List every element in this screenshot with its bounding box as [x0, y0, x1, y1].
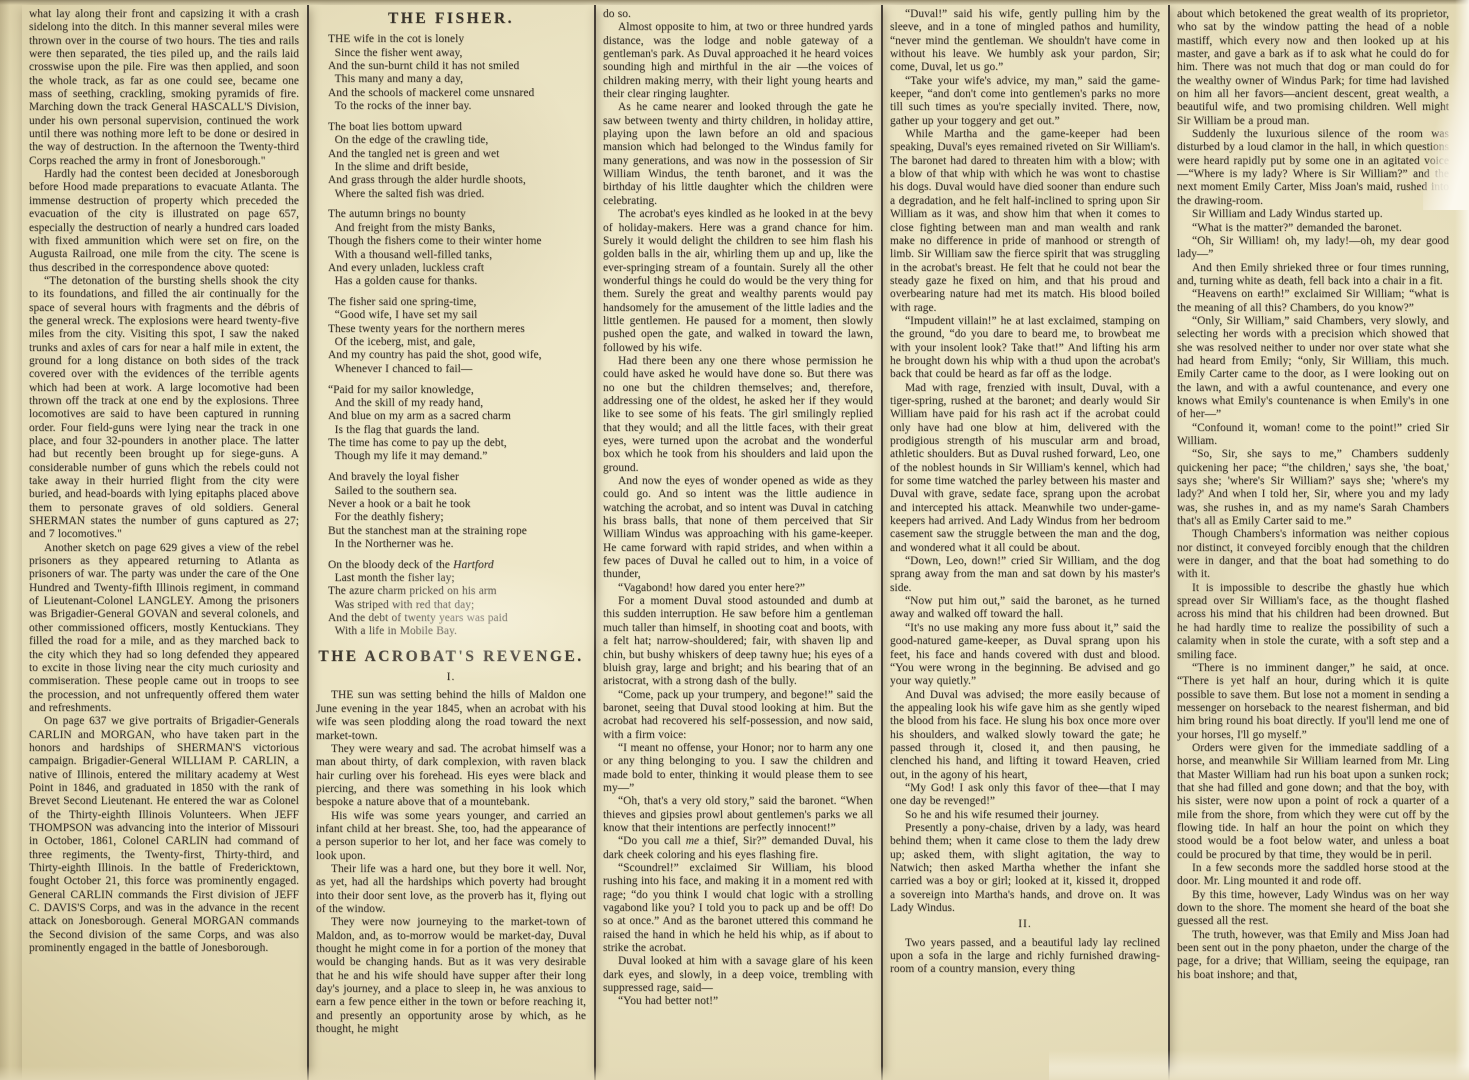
poem-line: Never a hook or a bait he took	[328, 498, 586, 511]
poem-stanza: THE wife in the cot is lonely Since the …	[328, 33, 586, 113]
paragraph: They were now journeying to the market-t…	[316, 916, 586, 1036]
poem-line: Where the salted fish was dried.	[328, 188, 586, 201]
poem-line: Whenever I chanced to fail—	[328, 363, 586, 376]
paragraph: On page 637 we give portraits of Brigadi…	[29, 715, 299, 955]
paragraph: In a few seconds more the saddled horse …	[1177, 862, 1449, 889]
paragraph: “My God! I ask only this favor of thee—t…	[890, 782, 1160, 809]
poem-line: “Good wife, I have set my sail	[328, 309, 586, 322]
poem-line: With a life in Mobile Bay.	[328, 625, 586, 638]
paragraph: do so.	[603, 8, 873, 21]
poem-line: But the stanchest man at the straining r…	[328, 525, 586, 538]
poem-line: On the bloody deck of the Hartford	[328, 559, 586, 572]
paragraph: “You had better not!”	[603, 995, 873, 1008]
paragraph: THE sun was setting behind the hills of …	[316, 689, 586, 742]
article-title: THE ACROBAT'S REVENGE.	[316, 650, 586, 663]
paragraph: “Vagabond! how dared you enter here?”	[603, 582, 873, 595]
paragraph: Orders were given for the immediate sadd…	[1177, 742, 1449, 862]
poem-line: Of the iceberg, mist, and gale,	[328, 336, 586, 349]
page-column-1: what lay along their front and capsizing…	[22, 5, 309, 1080]
paragraph: “Scoundrel!” exclaimed Sir William, his …	[603, 862, 873, 955]
paragraph: “Only, Sir William,” said Chambers, very…	[1177, 315, 1449, 422]
poem-line: To the rocks of the inner bay.	[328, 100, 586, 113]
paragraph: So he and his wife resumed their journey…	[890, 809, 1160, 822]
poem-stanza: “Paid for my sailor knowledge, And the s…	[328, 384, 586, 464]
poem-line: Last month the fisher lay;	[328, 572, 586, 585]
paragraph: “Now put him out,” said the baronet, as …	[890, 595, 1160, 622]
paragraph: “Duval!” said his wife, gently pulling h…	[890, 8, 1160, 75]
poem-line: These twenty years for the northern mere…	[328, 323, 586, 336]
poem-line: The fisher said one spring-time,	[328, 296, 586, 309]
paragraph: Suddenly the luxurious silence of the ro…	[1177, 128, 1449, 208]
paragraph: The truth, however, was that Emily and M…	[1177, 929, 1449, 982]
poem-line: And the skill of my ready hand,	[328, 397, 586, 410]
poem-line: And grass through the alder hurdle shoot…	[328, 174, 586, 187]
poem-stanza: The fisher said one spring-time, “Good w…	[328, 296, 586, 376]
paragraph: Presently a pony-chaise, driven by a lad…	[890, 822, 1160, 915]
poem-line: Is the flag that guards the land.	[328, 424, 586, 437]
poem-line: And the debt of twenty years was paid	[328, 612, 586, 625]
page-column-5: about which betokened the great wealth o…	[1170, 5, 1457, 1080]
poem-stanza: The boat lies bottom upward On the edge …	[328, 121, 586, 201]
paragraph: It is impossible to describe the ghastly…	[1177, 582, 1449, 662]
paragraph: By this time, however, Lady Windus was o…	[1177, 889, 1449, 929]
paragraph: “Confound it, woman! come to the point!”…	[1177, 422, 1449, 449]
paragraph: “I meant no offense, your Honor; nor to …	[603, 742, 873, 795]
section-number: I.	[316, 671, 586, 684]
paragraph: Though Chambers's information was neithe…	[1177, 528, 1449, 581]
paragraph: “What is the matter?” demanded the baron…	[1177, 222, 1449, 235]
article-title: THE FISHER.	[316, 12, 586, 25]
poem-line: With a thousand well-filled tanks,	[328, 249, 586, 262]
paragraph: For a moment Duval stood astounded and d…	[603, 595, 873, 688]
paragraph: Another sketch on page 629 gives a view …	[29, 542, 299, 715]
poem-line: THE wife in the cot is lonely	[328, 33, 586, 46]
paragraph: As he came nearer and looked through the…	[603, 101, 873, 208]
poem-line: Was striped with red that day;	[328, 599, 586, 612]
paragraph: “Do you call me a thief, Sir?” demanded …	[603, 835, 873, 862]
section-number: II.	[890, 918, 1160, 931]
poem-line: In the Northerner was he.	[328, 538, 586, 551]
page-column-2: THE FISHER.THE wife in the cot is lonely…	[309, 5, 596, 1080]
poem-line: And freight from the misty Banks,	[328, 222, 586, 235]
paragraph: His wife was some years younger, and car…	[316, 810, 586, 863]
poem-line: “Paid for my sailor knowledge,	[328, 384, 586, 397]
page-column-4: “Duval!” said his wife, gently pulling h…	[883, 5, 1170, 1080]
poem-line: In the slime and drift beside,	[328, 161, 586, 174]
poem-line: And every unladen, luckless craft	[328, 262, 586, 275]
poem-line: The time has come to pay up the debt,	[328, 437, 586, 450]
poem-line: This many and many a day,	[328, 73, 586, 86]
paragraph: Had there been any one there whose permi…	[603, 355, 873, 475]
paragraph: “Down, Leo, down!” cried Sir William, an…	[890, 555, 1160, 595]
paragraph: Their life was a hard one, but they bore…	[316, 863, 586, 916]
poem-line: And the schools of mackerel come unsnare…	[328, 87, 586, 100]
paragraph: “Heavens on earth!” exclaimed Sir Willia…	[1177, 288, 1449, 315]
poem-line: Though my life it may demand.”	[328, 450, 586, 463]
paragraph: “It's no use making any more fuss about …	[890, 622, 1160, 689]
paragraph: “Impudent villain!” he at last exclaimed…	[890, 315, 1160, 382]
poem-line: Though the fishers come to their winter …	[328, 235, 586, 248]
poem-line: And the sun-burnt child it has not smile…	[328, 60, 586, 73]
paragraph: The acrobat's eyes kindled as he looked …	[603, 208, 873, 355]
paragraph: “Oh, that's a very old story,” said the …	[603, 795, 873, 835]
poem-line: On the edge of the crawling tide,	[328, 134, 586, 147]
paragraph: Duval looked at him with a savage glare …	[603, 955, 873, 995]
poem-line: The boat lies bottom upward	[328, 121, 586, 134]
paragraph: And now the eyes of wonder opened as wid…	[603, 475, 873, 582]
paragraph: While Martha and the game-keeper had bee…	[890, 128, 1160, 315]
poem-line: And blue on my arm as a sacred charm	[328, 410, 586, 423]
paragraph: Two years passed, and a beautiful lady l…	[890, 937, 1160, 977]
paragraph: “Take your wife's advice, my man,” said …	[890, 75, 1160, 128]
poem-stanza: The autumn brings no bounty And freight …	[328, 208, 586, 288]
paragraph: And then Emily shrieked three or four ti…	[1177, 262, 1449, 289]
poem-line: And my country has paid the shot, good w…	[328, 349, 586, 362]
poem-stanza: And bravely the loyal fisher Sailed to t…	[328, 471, 586, 551]
paragraph: “Oh, Sir William! oh, my lady!—oh, my de…	[1177, 235, 1449, 262]
paragraph: Mad with rage, frenzied with insult, Duv…	[890, 382, 1160, 555]
newspaper-page: what lay along their front and capsizing…	[0, 0, 1469, 1080]
paragraph: “So, Sir, she says to me,” Chambers sudd…	[1177, 448, 1449, 528]
paragraph: what lay along their front and capsizing…	[29, 8, 299, 168]
poem-line: Has a golden cause for thanks.	[328, 275, 586, 288]
paragraph: Sir William and Lady Windus started up.	[1177, 208, 1449, 221]
paragraph: Almost opposite to him, at two or three …	[603, 21, 873, 101]
poem-stanza: On the bloody deck of the Hartford Last …	[328, 559, 586, 639]
paragraph: “Come, pack up your trumpery, and begone…	[603, 689, 873, 742]
paragraph: Hardly had the contest been decided at J…	[29, 168, 299, 275]
poem-line: The autumn brings no bounty	[328, 208, 586, 221]
paragraph: “There is no imminent danger,” he said, …	[1177, 662, 1449, 742]
paragraph: And Duval was advised; the more easily b…	[890, 689, 1160, 782]
poem-line: The azure charm pricked on his arm	[328, 585, 586, 598]
column-layout: what lay along their front and capsizing…	[0, 0, 1469, 1080]
poem-line: Since the fisher went away,	[328, 47, 586, 60]
page-column-3: do so.Almost opposite to him, at two or …	[596, 5, 883, 1080]
paragraph: about which betokened the great wealth o…	[1177, 8, 1449, 128]
poem-line: For the deathly fishery;	[328, 511, 586, 524]
poem-line: Sailed to the southern sea.	[328, 485, 586, 498]
paragraph: “The detonation of the bursting shells s…	[29, 275, 299, 542]
poem-line: And bravely the loyal fisher	[328, 471, 586, 484]
paragraph: They were weary and sad. The acrobat him…	[316, 743, 586, 810]
poem-line: And the tangled net is green and wet	[328, 148, 586, 161]
